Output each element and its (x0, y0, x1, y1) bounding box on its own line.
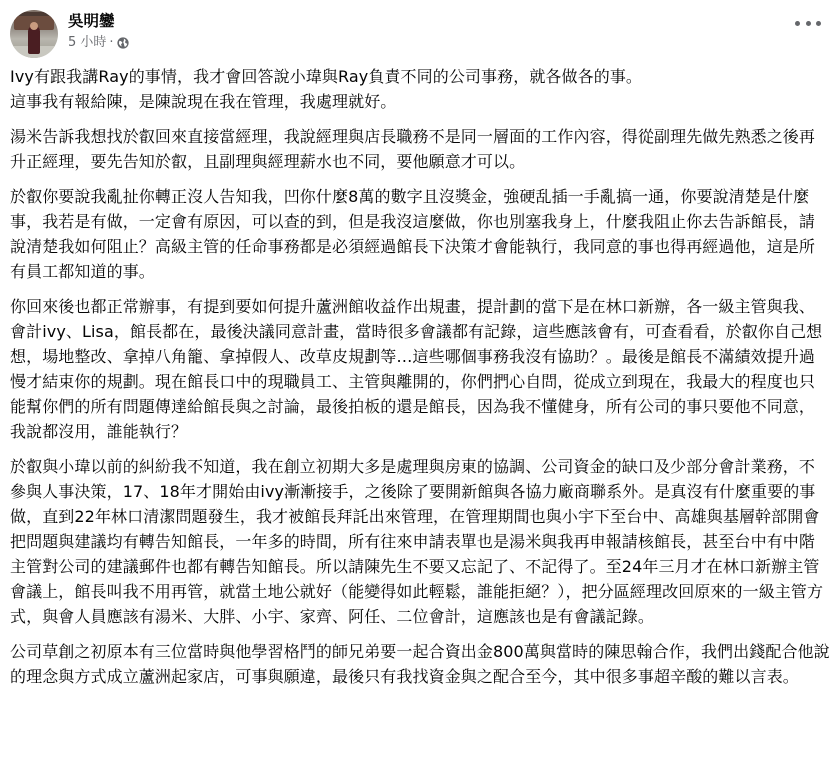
more-options-icon-dot (806, 21, 811, 26)
post-header: 吳明鑾 5 小時 · (10, 10, 837, 60)
post-paragraph: Ivy有跟我講Ray的事情，我才會回答說小瑋與Ray負責不同的公司事務，就各做各… (10, 64, 830, 114)
more-options-button[interactable] (795, 16, 821, 30)
more-options-icon-dot (816, 21, 821, 26)
facebook-post: 吳明鑾 5 小時 · Ivy有跟我講Ray的事情，我才會回答說小瑋與Ray負責不… (0, 0, 837, 758)
post-paragraph: 於叡與小瑋以前的糾紛我不知道，我在創立初期大多是處理與房東的協調、公司資金的缺口… (10, 454, 830, 629)
post-paragraph: 你回來後也都正常辦事，有提到要如何提升蘆洲館收益作出規畫，提計劃的當下是在林口新… (10, 294, 830, 444)
more-options-icon-dot (795, 21, 800, 26)
globe-icon[interactable] (117, 37, 129, 49)
post-paragraph: 公司草創之初原本有三位當時與他學習格鬥的師兄弟要一起合資出金800萬與當時的陳思… (10, 639, 830, 689)
post-subline: 5 小時 · (68, 35, 129, 51)
post-meta: 吳明鑾 5 小時 · (68, 10, 129, 51)
post-body: Ivy有跟我講Ray的事情，我才會回答說小瑋與Ray負責不同的公司事務，就各做各… (10, 64, 830, 689)
post-paragraph: 於叡你要說我亂扯你轉正沒人告知我，凹你什麼8萬的數字且沒獎金，強硬乱插一手亂搞一… (10, 184, 830, 284)
separator-dot: · (109, 35, 113, 51)
post-timestamp[interactable]: 5 小時 (68, 35, 106, 51)
avatar-head (30, 22, 38, 30)
author-name[interactable]: 吳明鑾 (68, 11, 129, 31)
avatar[interactable] (10, 10, 58, 58)
avatar-person (28, 26, 40, 54)
post-paragraph: 湯米告訴我想找於叡回來直接當經理，我說經理與店長職務不是同一層面的工作內容，得從… (10, 124, 830, 174)
